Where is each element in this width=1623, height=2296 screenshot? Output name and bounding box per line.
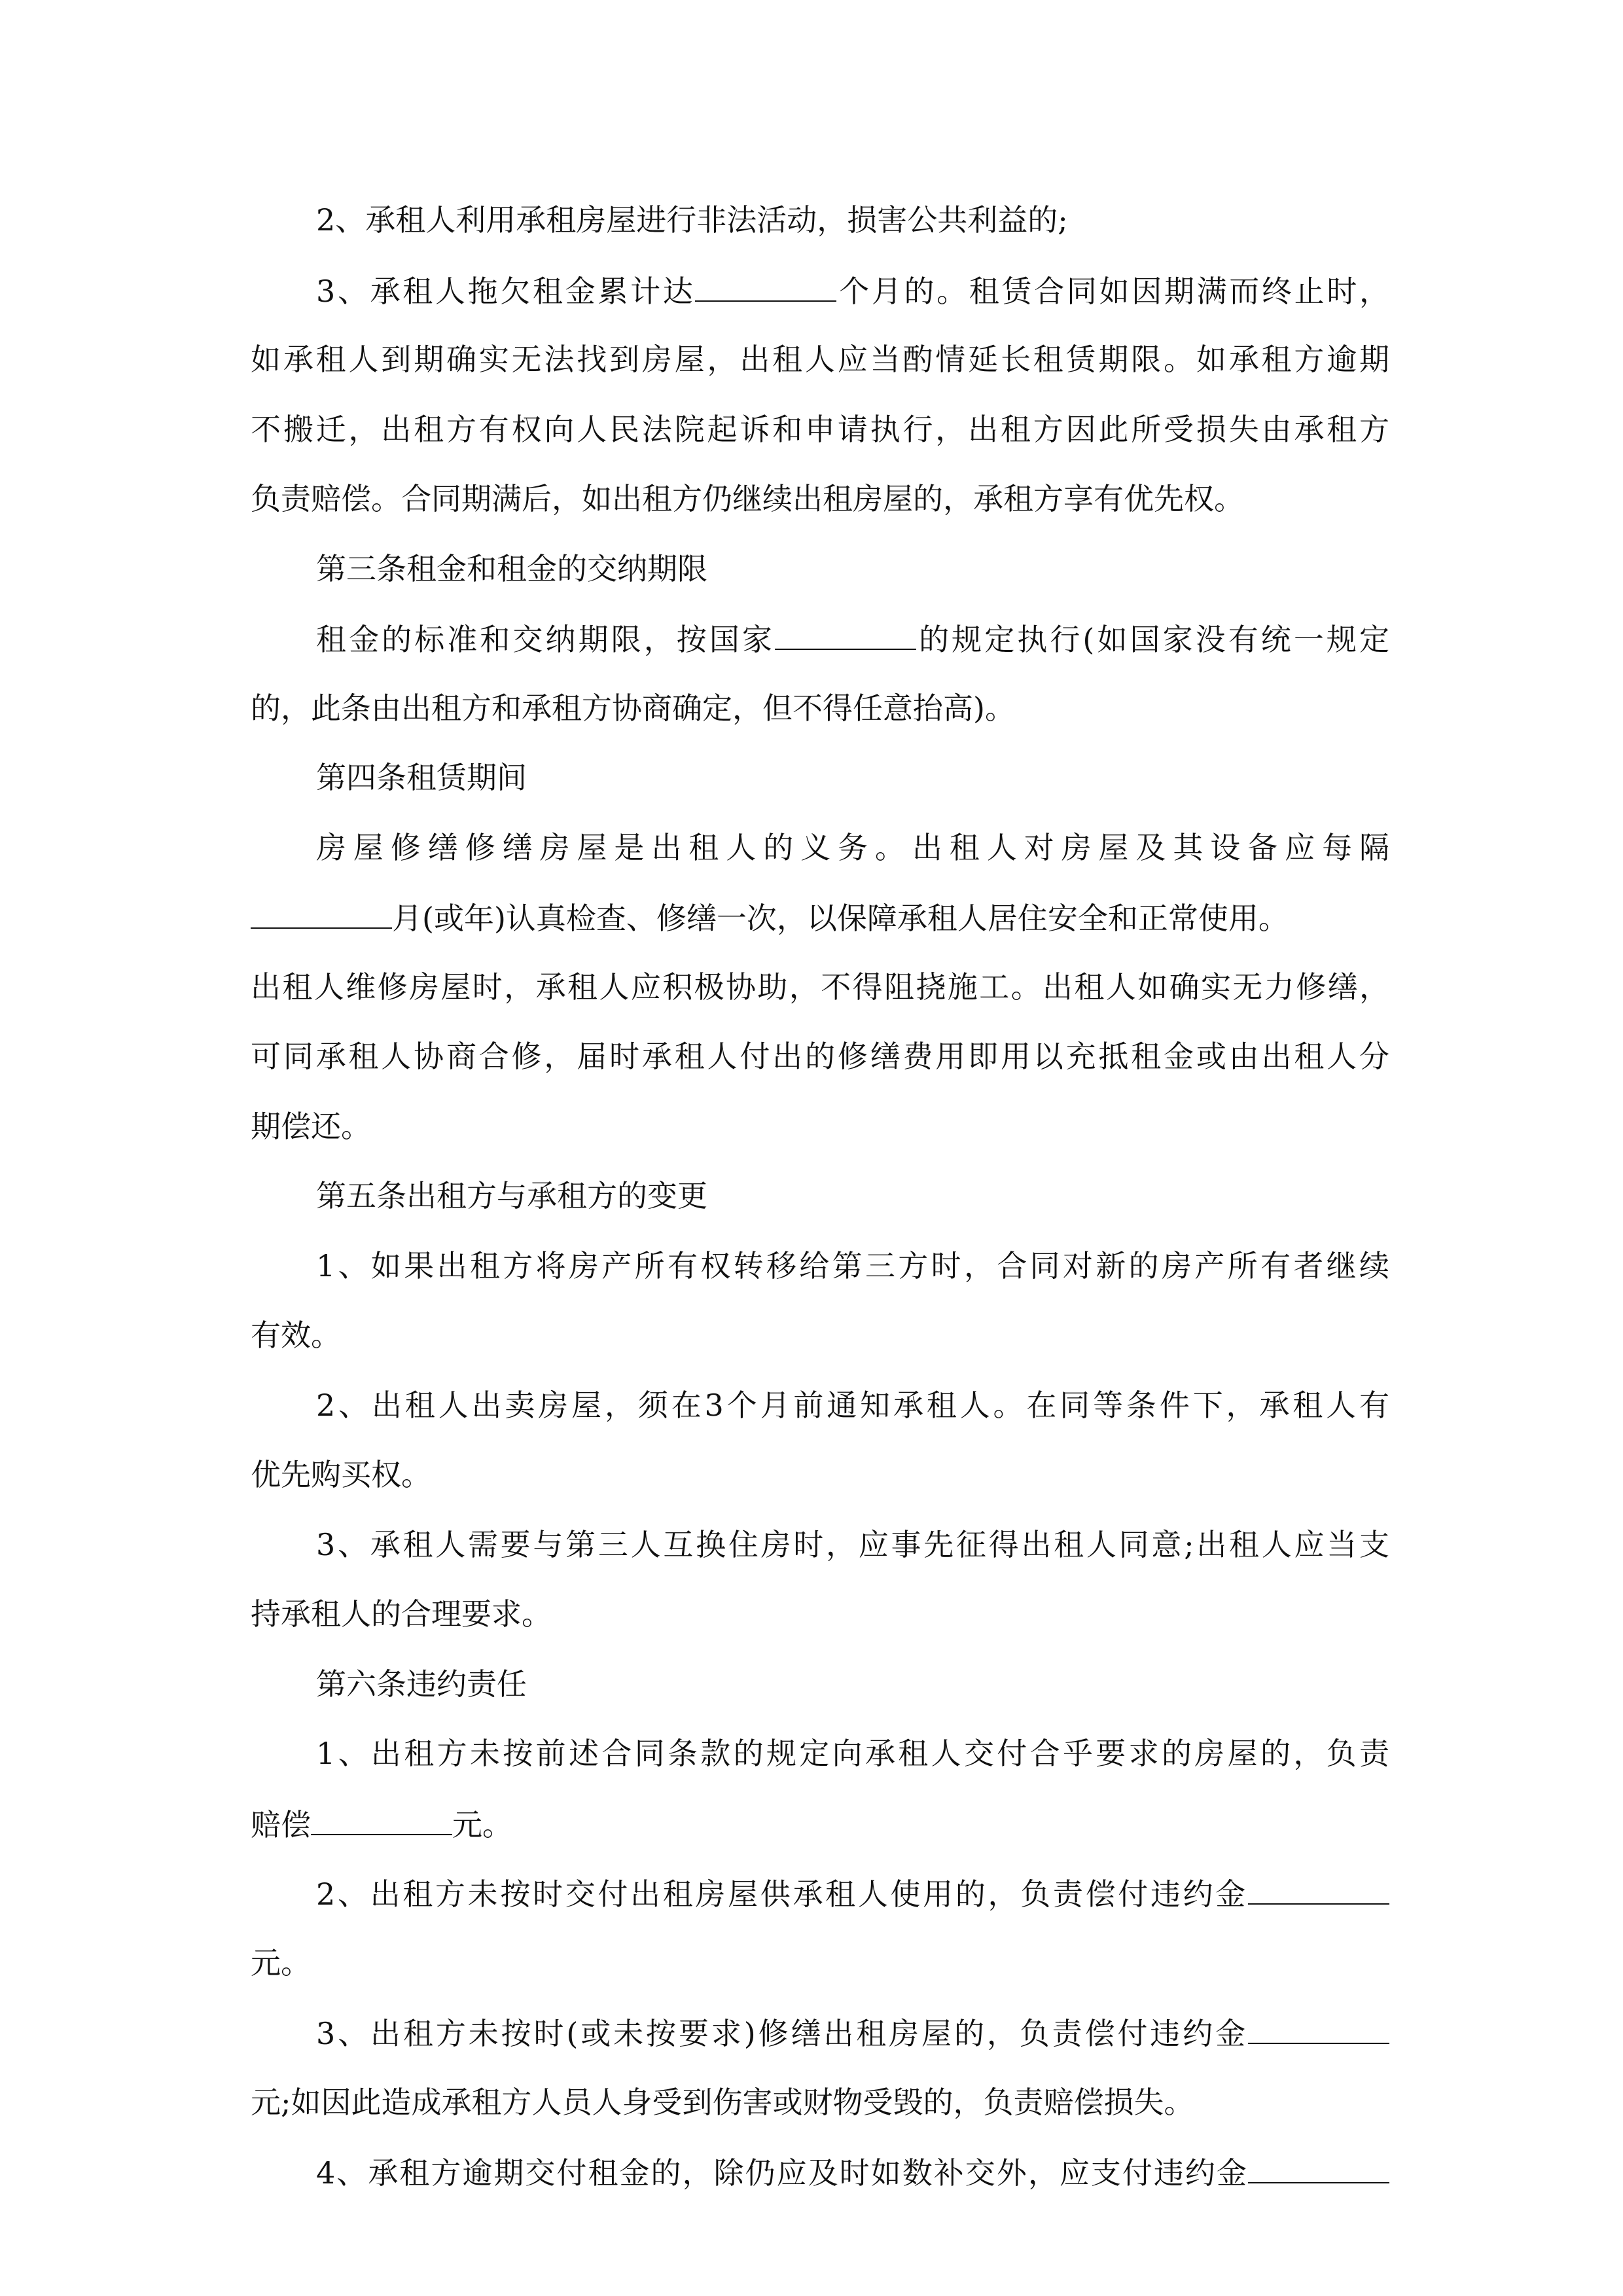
paragraph-line: 2、出租人出卖房屋，须在3个月前通知承租人。在同等条件下，承租人有 <box>251 1390 1389 1460</box>
paragraph-line: 负责赔偿。合同期满后，如出租方仍继续出租房屋的，承租方享有优先权。 <box>251 483 1389 553</box>
paragraph-line: 4、承租方逾期交付租金的，除仍应及时如数补交外，应支付违约金 <box>251 2156 1389 2226</box>
heading-text: 第三条租金和租金的交纳期限 <box>316 551 707 586</box>
paragraph-line: 的，此条由出租方和承租方协商确定，但不得任意抬高)。 <box>251 692 1389 762</box>
text-segment: 个月的。租赁合同如因期满而终止时， <box>836 274 1389 309</box>
fill-in-blank[interactable] <box>695 274 836 302</box>
paragraph-line: 3、承租人需要与第三人互换住房时，应事先征得出租人同意;出租人应当支 <box>251 1529 1389 1599</box>
paragraph-line: 2、出租方未按时交付出租房屋供承租人使用的，负责偿付违约金 <box>251 1877 1389 1947</box>
text-segment: 的规定执行(如国家没有统一规定 <box>916 622 1389 657</box>
paragraph-line: 出租人维修房屋时，承租人应积极协助，不得阻挠施工。出租人如确实无力修缮， <box>251 971 1389 1041</box>
paragraph-line: 3、承租人拖欠租金累计达个月的。租赁合同如因期满而终止时， <box>251 274 1389 344</box>
text-segment: 月(或年)认真检查、修缮一次，以保障承租人居住安全和正常使用。 <box>392 901 1289 936</box>
text-segment: 租金的标准和交纳期限，按国家 <box>316 622 775 657</box>
text-segment: 有效。 <box>251 1318 341 1353</box>
paragraph-line: 租金的标准和交纳期限，按国家的规定执行(如国家没有统一规定 <box>251 622 1389 692</box>
text-segment: 元。 <box>251 1945 311 1981</box>
heading-text: 第四条租赁期间 <box>316 760 527 795</box>
section-heading: 第三条租金和租金的交纳期限 <box>251 553 1389 623</box>
text-segment: 如承租人到期确实无法找到房屋，出租人应当酌情延长租赁期限。如承租方逾期 <box>251 342 1389 377</box>
text-segment: 出租人维修房屋时，承租人应积极协助，不得阻挠施工。出租人如确实无力修缮， <box>251 969 1389 1005</box>
text-segment: 房屋修缮修缮房屋是出租人的义务。出租人对房屋及其设备应每隔 <box>316 830 1389 865</box>
text-segment: 1、出租方未按前述合同条款的规定向承租人交付合乎要求的房屋的，负责 <box>316 1736 1389 1771</box>
paragraph-line: 优先购买权。 <box>251 1459 1389 1529</box>
text-segment: 期偿还。 <box>251 1109 371 1144</box>
paragraph-line: 元。 <box>251 1947 1389 2017</box>
paragraph-line: 月(或年)认真检查、修缮一次，以保障承租人居住安全和正常使用。 <box>251 901 1389 971</box>
fill-in-blank[interactable] <box>311 1808 452 1835</box>
paragraph-line: 1、出租方未按前述合同条款的规定向承租人交付合乎要求的房屋的，负责 <box>251 1738 1389 1808</box>
section-heading: 第四条租赁期间 <box>251 762 1389 832</box>
text-segment: 持承租人的合理要求。 <box>251 1596 552 1632</box>
fill-in-blank[interactable] <box>1248 2156 1389 2183</box>
text-segment: 3、承租人需要与第三人互换住房时，应事先征得出租人同意;出租人应当支 <box>316 1527 1389 1562</box>
paragraph-line: 赔偿元。 <box>251 1808 1389 1878</box>
text-segment: 元。 <box>452 1807 512 1842</box>
text-segment: 的，此条由出租方和承租方协商确定，但不得任意抬高)。 <box>251 691 1015 726</box>
document-page: 2、承租人利用承租房屋进行非法活动，损害公共利益的; 3、承租人拖欠租金累计达个… <box>251 204 1389 2226</box>
paragraph-line: 3、出租方未按时(或未按要求)修缮出租房屋的，负责偿付违约金 <box>251 2017 1389 2087</box>
text-segment: 优先购买权。 <box>251 1457 431 1492</box>
text-segment: 2、承租人利用承租房屋进行非法活动，损害公共利益的; <box>316 202 1068 238</box>
fill-in-blank[interactable] <box>1248 1877 1389 1905</box>
paragraph-line: 有效。 <box>251 1319 1389 1390</box>
heading-text: 第六条违约责任 <box>316 1666 527 1702</box>
text-segment: 3、承租人拖欠租金累计达 <box>316 274 695 309</box>
text-segment: 2、出租方未按时交付出租房屋供承租人使用的，负责偿付违约金 <box>316 1876 1248 1912</box>
text-segment: 赔偿 <box>251 1807 311 1842</box>
text-segment: 可同承租人协商合修，届时承租人付出的修缮费用即用以充抵租金或由出租人分 <box>251 1039 1389 1074</box>
paragraph-line: 元;如因此造成承租方人员人身受到伤害或财物受毁的，负责赔偿损失。 <box>251 2087 1389 2157</box>
paragraph-line: 2、承租人利用承租房屋进行非法活动，损害公共利益的; <box>251 204 1389 274</box>
text-segment: 4、承租方逾期交付租金的，除仍应及时如数补交外，应支付违约金 <box>316 2155 1248 2191</box>
paragraph-line: 房屋修缮修缮房屋是出租人的义务。出租人对房屋及其设备应每隔 <box>251 832 1389 902</box>
section-heading: 第六条违约责任 <box>251 1668 1389 1738</box>
fill-in-blank[interactable] <box>251 901 392 929</box>
heading-text: 第五条出租方与承租方的变更 <box>316 1178 707 1213</box>
paragraph-line: 1、如果出租方将房产所有权转移给第三方时，合同对新的房产所有者继续 <box>251 1250 1389 1320</box>
text-segment: 2、出租人出卖房屋，须在3个月前通知承租人。在同等条件下，承租人有 <box>316 1388 1389 1423</box>
paragraph-line: 如承租人到期确实无法找到房屋，出租人应当酌情延长租赁期限。如承租方逾期 <box>251 344 1389 414</box>
paragraph-line: 不搬迁，出租方有权向人民法院起诉和申请执行，出租方因此所受损失由承租方 <box>251 414 1389 484</box>
text-segment: 元;如因此造成承租方人员人身受到伤害或财物受毁的，负责赔偿损失。 <box>251 2085 1194 2120</box>
paragraph-line: 期偿还。 <box>251 1111 1389 1181</box>
paragraph-line: 持承租人的合理要求。 <box>251 1598 1389 1668</box>
paragraph-line: 可同承租人协商合修，届时承租人付出的修缮费用即用以充抵租金或由出租人分 <box>251 1041 1389 1111</box>
section-heading: 第五条出租方与承租方的变更 <box>251 1180 1389 1250</box>
fill-in-blank[interactable] <box>1248 2017 1389 2044</box>
text-segment: 1、如果出租方将房产所有权转移给第三方时，合同对新的房产所有者继续 <box>316 1248 1389 1283</box>
text-segment: 不搬迁，出租方有权向人民法院起诉和申请执行，出租方因此所受损失由承租方 <box>251 412 1389 447</box>
fill-in-blank[interactable] <box>775 622 916 650</box>
text-segment: 3、出租方未按时(或未按要求)修缮出租房屋的，负责偿付违约金 <box>316 2016 1248 2051</box>
text-segment: 负责赔偿。合同期满后，如出租方仍继续出租房屋的，承租方享有优先权。 <box>251 481 1244 516</box>
